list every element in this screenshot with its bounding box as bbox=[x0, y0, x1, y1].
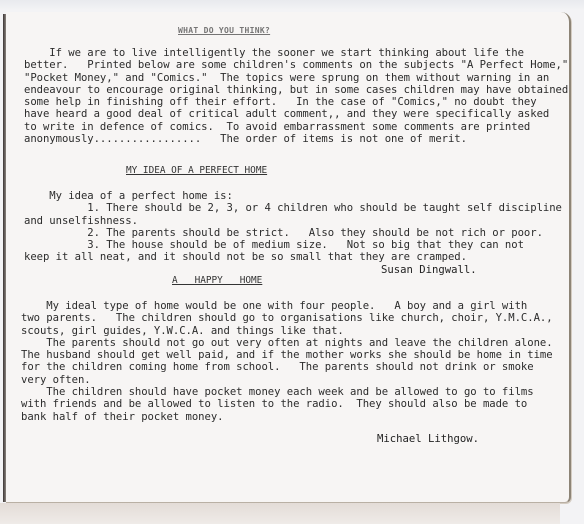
happy-home-line: scouts, girl guides, Y.W.C.A. and things… bbox=[21, 325, 553, 337]
intro-line: If we are to live intelligently the soon… bbox=[24, 47, 568, 59]
happy-home-line: My ideal type of home would be one with … bbox=[21, 300, 553, 312]
intro-line: "Pocket Money," and "Comics." The topics… bbox=[24, 72, 568, 84]
happy-home-line: two parents. The children should go to o… bbox=[21, 312, 553, 324]
happy-home-line: The parents should not go out very often… bbox=[21, 337, 553, 349]
happy-home-line: bank half of their pocket money. bbox=[21, 411, 553, 423]
section-body-happy-home: My ideal type of home would be one with … bbox=[21, 300, 553, 423]
section-heading-happy-home: A HAPPY HOME bbox=[172, 275, 262, 286]
section-heading-perfect-home: MY IDEA OF A PERFECT HOME bbox=[126, 165, 267, 176]
perfect-home-line: keep it all neat, and it should not be s… bbox=[24, 251, 562, 263]
perfect-home-line: and unselfishness. bbox=[24, 215, 562, 227]
perfect-home-line: 2. The parents should be strict. Also th… bbox=[24, 227, 562, 239]
signature-michael-lithgow: Michael Lithgow. bbox=[377, 433, 479, 445]
intro-line: some help in finishing off their effort.… bbox=[24, 96, 568, 108]
intro-paragraph: If we are to live intelligently the soon… bbox=[24, 47, 568, 145]
section-body-perfect-home: My idea of a perfect home is: 1. There s… bbox=[24, 190, 562, 264]
happy-home-line: The husband should get well paid, and if… bbox=[21, 349, 553, 361]
perfect-home-line: 1. There should be 2, 3, or 4 children w… bbox=[24, 202, 562, 214]
intro-line: have heard a good deal of critical adult… bbox=[24, 108, 568, 120]
page-bottom-edge bbox=[0, 503, 560, 524]
happy-home-line: for the children coming home from school… bbox=[21, 361, 553, 373]
intro-line: anonymously................. The order o… bbox=[24, 133, 568, 145]
page-title: WHAT DO YOU THINK? bbox=[178, 26, 270, 35]
intro-line: better. Printed below are some children'… bbox=[24, 59, 568, 71]
happy-home-line: very often. bbox=[21, 374, 553, 386]
perfect-home-line: My idea of a perfect home is: bbox=[24, 190, 562, 202]
intro-line: endeavour to encourage original thinking… bbox=[24, 84, 568, 96]
perfect-home-line: 3. The house should be of medium size. N… bbox=[24, 239, 562, 251]
happy-home-line: with friends and be allowed to listen to… bbox=[21, 398, 553, 410]
signature-susan-dingwall: Susan Dingwall. bbox=[381, 264, 477, 276]
intro-line: to write in defence of comics. To avoid … bbox=[24, 121, 568, 133]
happy-home-line: The children should have pocket money ea… bbox=[21, 386, 553, 398]
